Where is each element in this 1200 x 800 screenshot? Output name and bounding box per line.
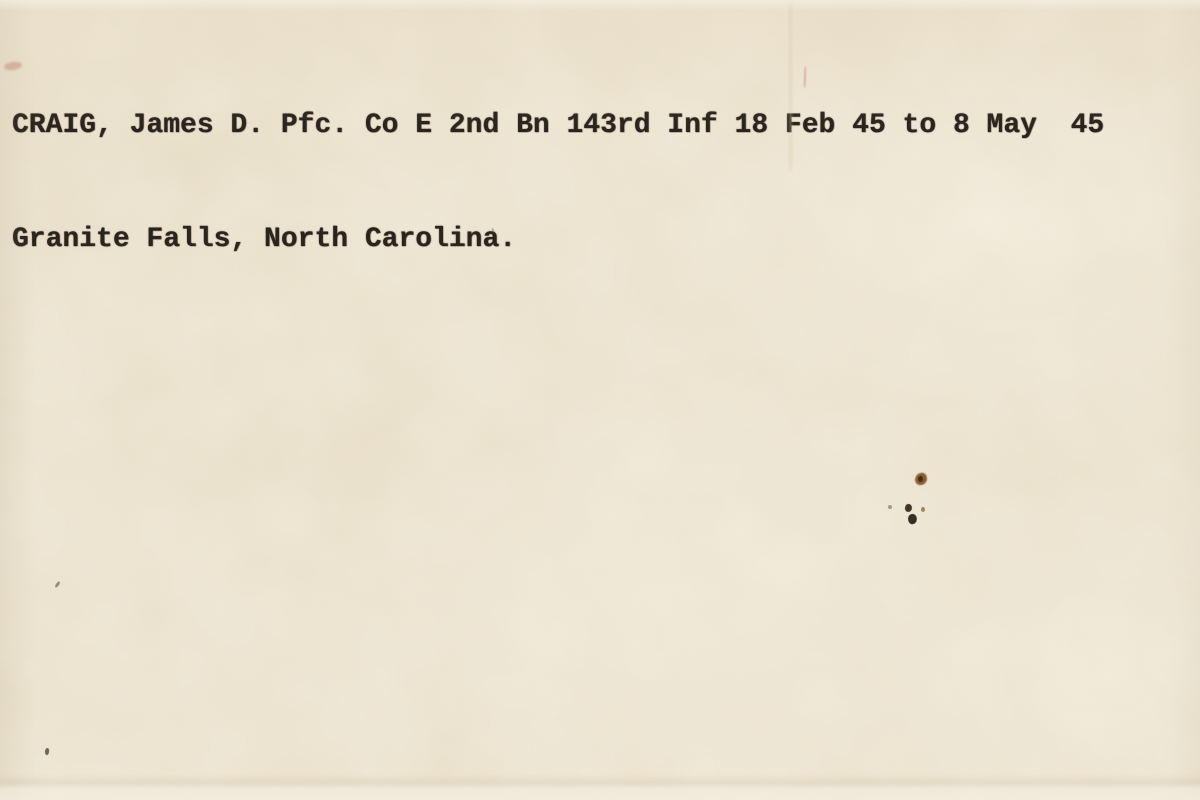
ink-stain-brown — [914, 472, 928, 486]
typed-line-service: CRAIG, James D. Pfc. Co E 2nd Bn 143rd I… — [12, 107, 1104, 145]
index-card: CRAIG, James D. Pfc. Co E 2nd Bn 143rd I… — [0, 0, 1200, 800]
paper-speck-mid-left — [54, 581, 60, 588]
typed-line-hometown: Granite Falls, North Carolina. — [12, 221, 1104, 259]
ink-stain-brown-core — [918, 476, 923, 482]
card-bottom-edge — [0, 774, 1200, 800]
paper-speck-bottom-left — [44, 748, 49, 756]
ink-speck-left — [888, 505, 892, 509]
ink-blot-lower — [907, 513, 919, 525]
typed-text-block: CRAIG, James D. Pfc. Co E 2nd Bn 143rd I… — [12, 31, 1104, 335]
ink-dot-right — [921, 507, 925, 512]
ink-blot-upper — [904, 503, 913, 513]
